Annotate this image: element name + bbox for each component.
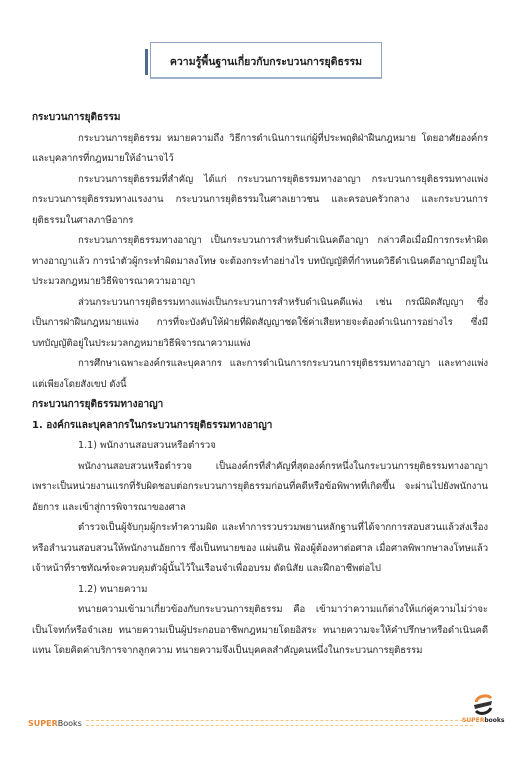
paragraph: กระบวนการยุติธรรมทางอาญา เป็นกระบวนการสำ… (32, 231, 488, 293)
logo-books-text: books (484, 717, 504, 724)
subsection-heading: 1. องค์กรและบุคลากรในกระบวนการยุติธรรมทา… (32, 416, 488, 437)
footer-divider (86, 720, 473, 726)
page-title: ความรู้พื้นฐานเกี่ยวกับกระบวนการยุติธรรม (151, 53, 381, 70)
section-heading: กระบวนการยุติธรรมทางอาญา (32, 395, 488, 416)
document-body: กระบวนการยุติธรรม กระบวนการยุติธรรม หมาย… (32, 108, 488, 662)
brand-super-text: SUPER (28, 719, 58, 728)
page-footer: SUPERBooks (28, 716, 473, 730)
superbooks-logo: SUPERbooks (462, 693, 502, 731)
logo-super-text: SUPER (462, 717, 484, 724)
paragraph: กระบวนการยุติธรรม หมายความถึง วิธีการดำเ… (32, 129, 488, 170)
brand-books-text: Books (58, 719, 82, 728)
paragraph: การศึกษาเฉพาะองค์กรและบุคลากร และการดำเน… (32, 354, 488, 395)
paragraph: กระบวนการยุติธรรมที่สำคัญ ได้แก่ กระบวนก… (32, 170, 488, 232)
section-heading: กระบวนการยุติธรรม (32, 108, 488, 129)
footer-brand: SUPERBooks (28, 719, 82, 728)
item-label: 1.2) ทนายความ (32, 580, 488, 601)
logo-swoosh-icon (472, 693, 494, 717)
paragraph: พนักงานสอบสวนหรือตำรวจ เป็นองค์กรที่สำคั… (32, 457, 488, 519)
paragraph: ทนายความเข้ามาเกี่ยวข้องกับกระบวนการยุติ… (32, 600, 488, 662)
title-box: ความรู้พื้นฐานเกี่ยวกับกระบวนการยุติธรรม (150, 42, 382, 79)
paragraph: ส่วนกระบวนการยุติธรรมทางแพ่งเป็นกระบวนกา… (32, 293, 488, 355)
title-accent-bar (145, 49, 148, 75)
item-label: 1.1) พนักงานสอบสวนหรือตำรวจ (32, 436, 488, 457)
paragraph: ตำรวจเป็นผู้จับกุมผู้กระทำความผิด และทำก… (32, 518, 488, 580)
logo-text: SUPERbooks (462, 717, 504, 724)
